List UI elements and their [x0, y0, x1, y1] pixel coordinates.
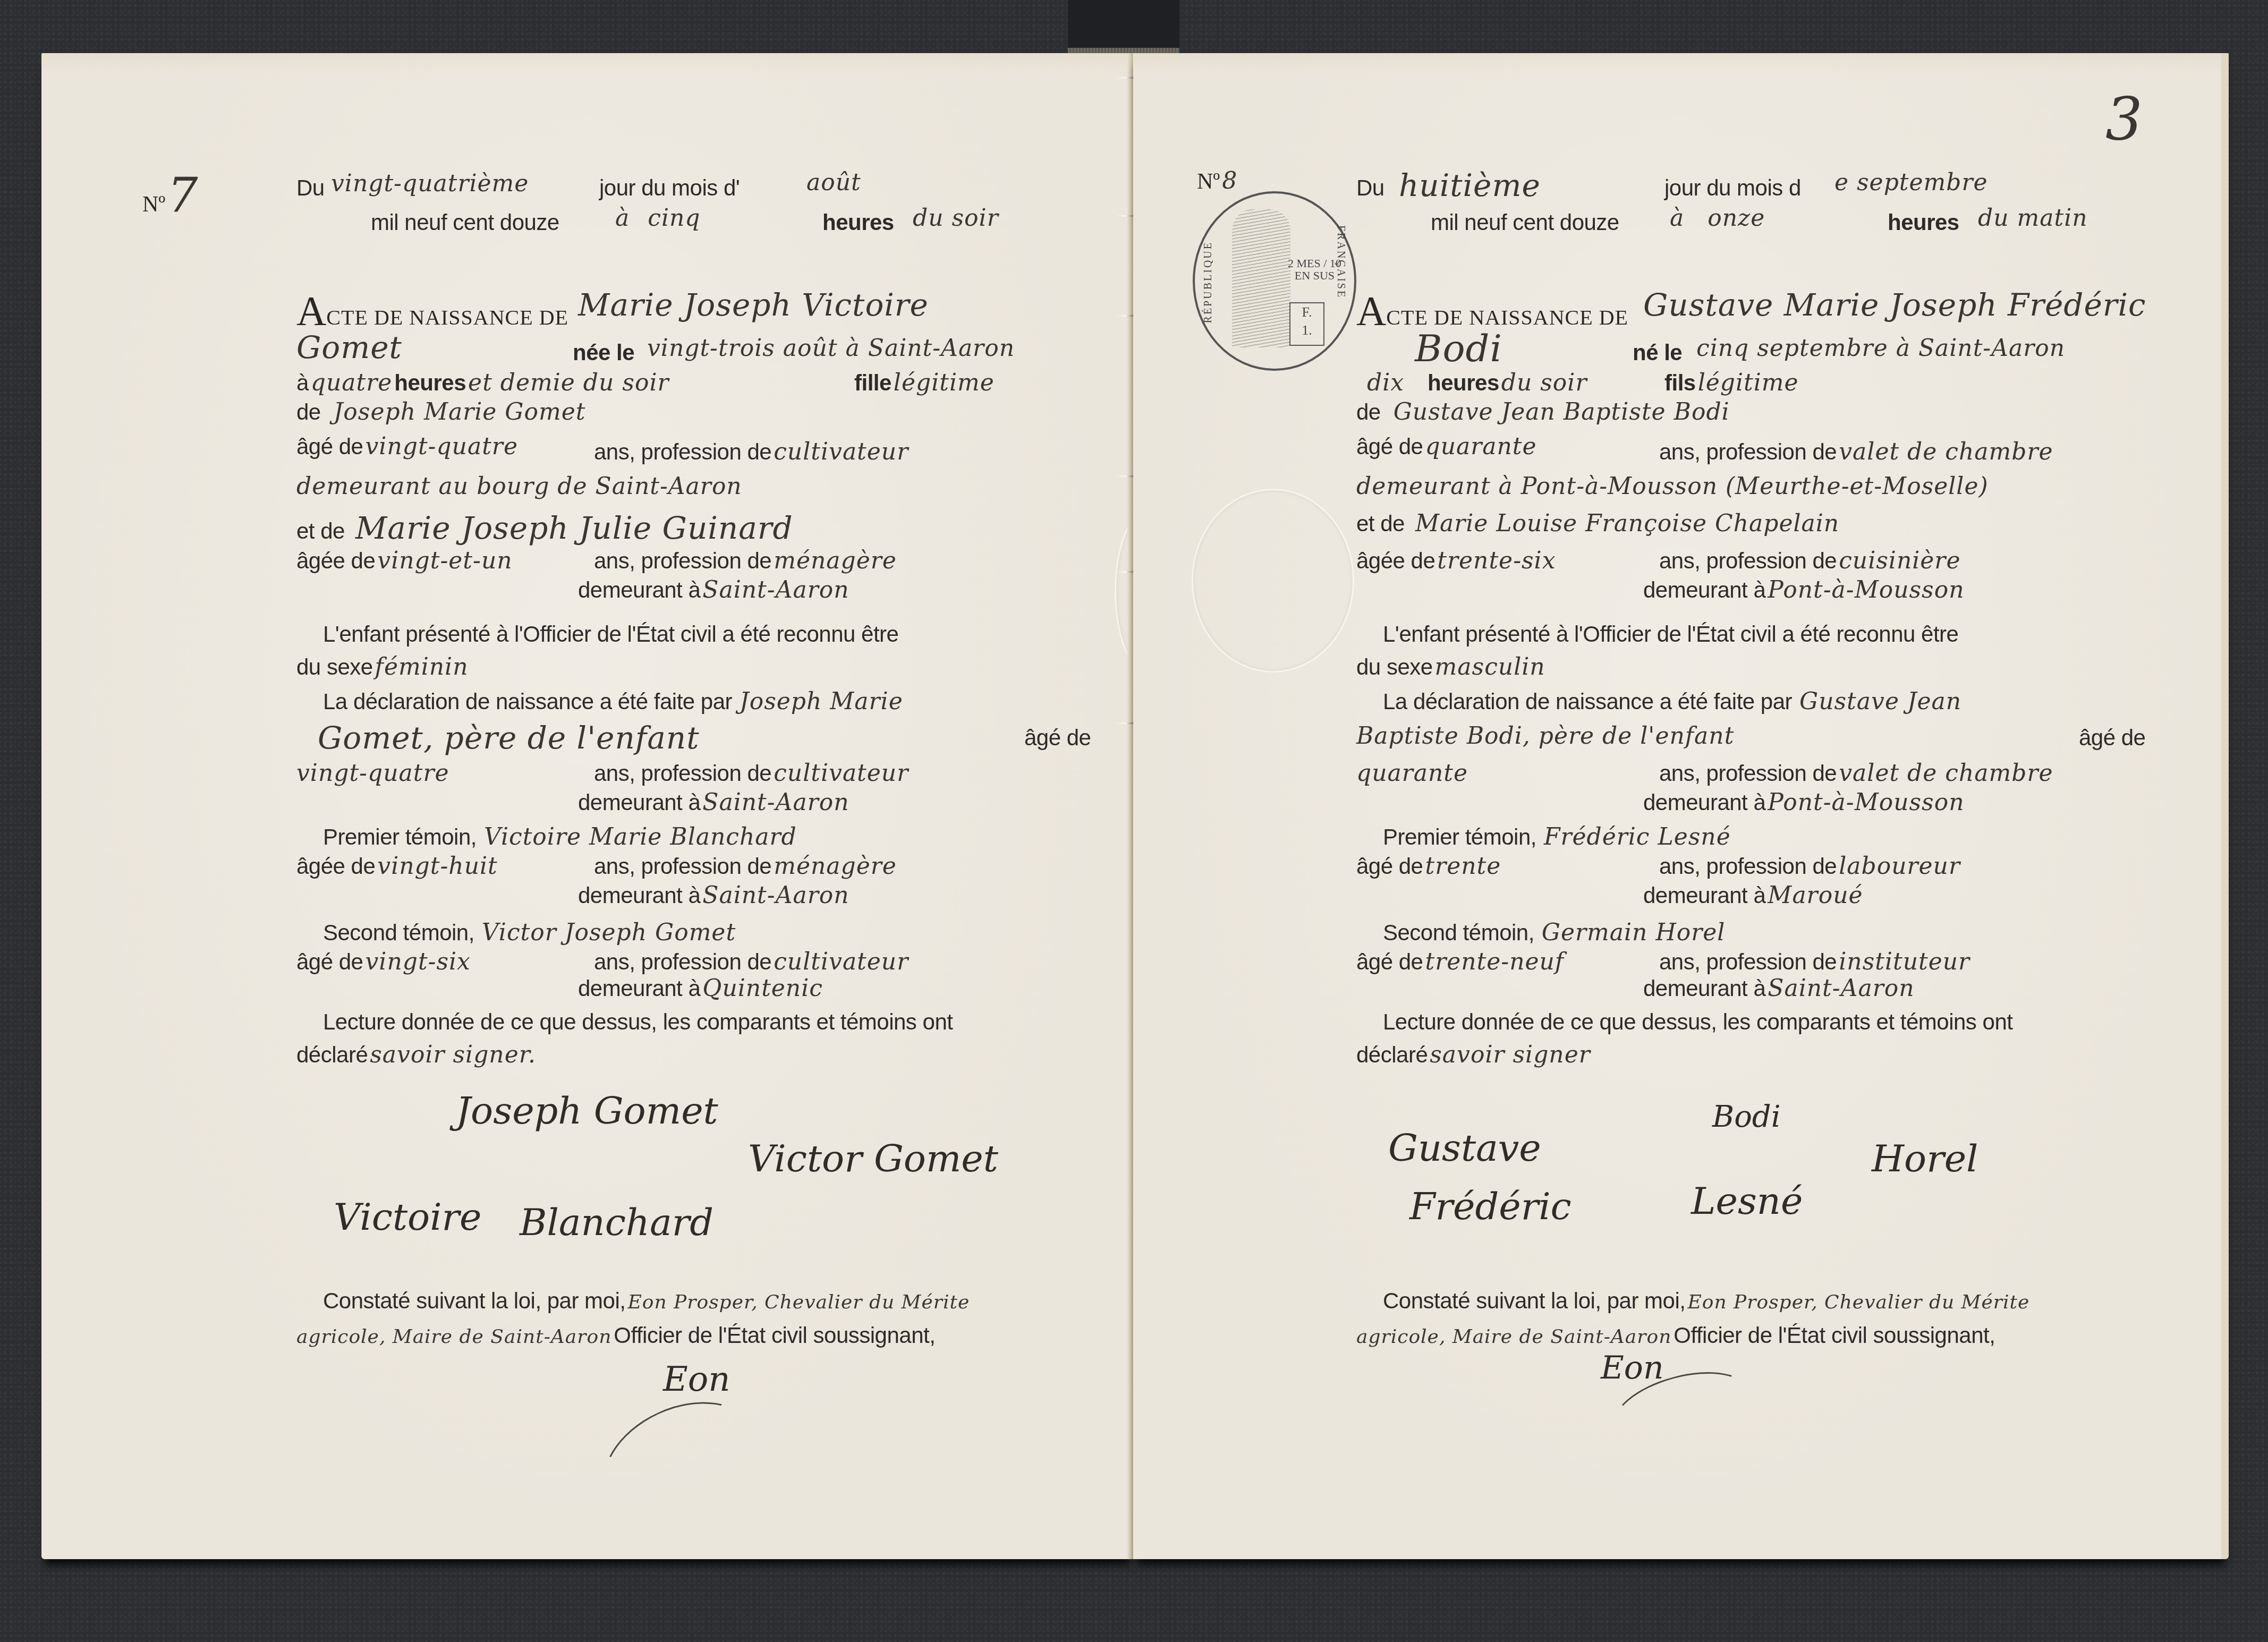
father-line: de Joseph Marie Gomet — [296, 398, 585, 426]
witness-1-line: Premier témoin, Victoire Marie Blanchard — [323, 823, 797, 850]
month-label: jour du mois d' — [599, 175, 740, 201]
date-line-1: Du — [296, 175, 325, 201]
mother-line: et de Marie Joseph Julie Guinard — [296, 510, 793, 546]
witness-1-profession: ans, profession de ménagère — [594, 853, 897, 880]
child-given-names: Marie Joseph Victoire — [578, 287, 929, 323]
declarant-age: vingt-quatre — [296, 760, 449, 787]
witness-2-residence: demeurant à Saint-Aaron — [1643, 975, 1915, 1002]
father-profession: ans, profession de valet de chambre — [1659, 438, 2053, 465]
declarant-age-label: âgé de — [1024, 725, 1091, 751]
witness-1-profession: ans, profession de laboureur — [1659, 853, 1960, 880]
born-label: né le — [1633, 340, 1682, 365]
mother-profession: ans, profession de cuisinière — [1659, 547, 1960, 574]
declarant-age-label: âgé de — [2079, 725, 2145, 751]
presented-text: L'enfant présenté à l'Officier de l'État… — [1383, 622, 1958, 647]
mother-line: et de Marie Louise Françoise Chapelain — [1356, 510, 1839, 537]
declarant-line-2: Baptiste Bodi, père de l'enfant — [1356, 722, 1734, 750]
father-residence: demeurant au bourg de Saint-Aaron — [296, 473, 742, 500]
justice-figure-icon — [1232, 209, 1290, 347]
signature-father-last: Bodi — [1712, 1100, 1781, 1134]
child-given-names: Gustave Marie Joseph Frédéric — [1643, 287, 2146, 323]
filiation: fils légitime — [1664, 369, 1799, 396]
left-page: Nº 7 Du vingt-quatrième jour du mois d' … — [41, 53, 1133, 1559]
signature-witness-2: Victor Gomet — [748, 1137, 998, 1180]
act-number-value: 8 — [1222, 167, 1237, 194]
father-age-line: âgé de quarante — [1356, 433, 1537, 460]
witness-2-line: Second témoin, Victor Joseph Gomet — [323, 919, 736, 946]
witness-2-residence: demeurant à Quintenic — [578, 975, 823, 1002]
signature-father: Joseph Gomet — [456, 1089, 718, 1133]
signature-witness-1-last: Blanchard — [520, 1201, 713, 1244]
officer-signature-flourish — [584, 1379, 777, 1546]
witness-2-line: Second témoin, Germain Horel — [1383, 919, 1725, 946]
child-surname: Gomet — [296, 329, 402, 365]
officer-signature: Eon — [1601, 1349, 1664, 1386]
witness-2-profession: ans, profession de cultivateur — [594, 948, 908, 975]
tax-rate: 2 MES / 10 EN SUS — [1288, 257, 1341, 282]
hours-label: heures — [822, 210, 894, 235]
witness-1-age: âgé de trente — [1356, 853, 1501, 880]
child-surname: Bodi — [1415, 327, 1502, 370]
mother-residence: demeurant à Pont-à-Mousson — [1643, 576, 1965, 603]
declared-line: déclaré savoir signer — [1356, 1041, 1591, 1068]
born-value: cinq septembre à Saint-Aaron — [1696, 335, 2065, 362]
officer-line: agricole, Maire de Saint-Aaron Officier … — [296, 1323, 935, 1348]
period-field: du matin — [1978, 205, 2088, 232]
mother-residence: demeurant à Saint-Aaron — [578, 576, 850, 603]
declarant-residence: demeurant à Pont-à-Mousson — [1643, 789, 1965, 816]
day-field: huitième — [1399, 167, 1541, 203]
certified-line: Constaté suivant la loi, par moi, Eon Pr… — [323, 1288, 970, 1314]
declared-line: déclaré savoir signer. — [296, 1041, 536, 1068]
officer-line: agricole, Maire de Saint-Aaron Officier … — [1356, 1323, 1995, 1348]
period-field: du soir — [913, 205, 999, 232]
hour-field: à onze — [1670, 205, 1765, 232]
witness-1-residence: demeurant à Saint-Aaron — [578, 882, 850, 909]
act-number-value: 7 — [167, 167, 198, 223]
reading-text: Lecture donnée de ce que dessus, les com… — [323, 1009, 953, 1035]
witness-1-age: âgée de vingt-huit — [296, 853, 498, 880]
sex-line: du sexe féminin — [296, 653, 468, 680]
witness-1-line: Premier témoin, Frédéric Lesné — [1383, 823, 1731, 850]
father-profession: ans, profession de cultivateur — [594, 438, 908, 465]
act-title: ACTE DE NAISSANCE de — [296, 287, 568, 335]
month-field: e septembre — [1834, 169, 1988, 196]
mother-profession: ans, profession de ménagère — [594, 547, 897, 574]
birth-time-line: à quatre heures et demie du soir — [296, 369, 669, 396]
signature-witness-2: Horel — [1872, 1137, 1978, 1180]
day-field: vingt-quatrième — [331, 170, 529, 197]
tax-stamp: RÉPUBLIQUE FRANÇAISE 2 MES / 10 EN SUS F… — [1193, 191, 1356, 371]
signature-witness-1-last: Lesné — [1691, 1179, 1803, 1223]
born-label: née le — [573, 340, 634, 365]
declarant-line-2: Gomet, père de l'enfant — [318, 720, 699, 756]
declarant-residence: demeurant à Saint-Aaron — [578, 789, 850, 816]
year-label: mil neuf cent douze — [1431, 210, 1619, 235]
signature-witness-1-first: Victoire — [334, 1195, 481, 1239]
born-value: vingt-trois août à Saint-Aaron — [647, 335, 1015, 362]
sex-line: du sexe masculin — [1356, 653, 1545, 680]
date-line-1: Du — [1356, 175, 1384, 201]
mother-age-line: âgée de vingt-et-un — [296, 547, 513, 574]
hours-label: heures — [1888, 210, 1959, 235]
mother-age-line: âgée de trente-six — [1356, 547, 1556, 574]
declaration-line: La déclaration de naissance a été faite … — [1383, 688, 1961, 715]
declaration-line: La déclaration de naissance a été faite … — [323, 688, 903, 715]
declarant-profession: ans, profession de cultivateur — [594, 760, 908, 787]
year-label: mil neuf cent douze — [371, 210, 559, 235]
book-spine-top — [1068, 0, 1179, 48]
filiation: fille légitime — [854, 369, 995, 396]
month-label: jour du mois d — [1664, 175, 1801, 201]
folio-number: 3 — [2105, 85, 2143, 153]
act-number: Nº 7 — [142, 167, 199, 223]
month-field: août — [806, 169, 861, 196]
act-number: Nº 8 — [1197, 167, 1237, 194]
witness-2-age: âgé de vingt-six — [296, 948, 471, 975]
reading-text: Lecture donnée de ce que dessus, les com… — [1383, 1009, 2012, 1035]
witness-2-age: âgé de trente-neuf — [1356, 948, 1564, 975]
certified-line: Constaté suivant la loi, par moi, Eon Pr… — [1383, 1288, 2029, 1314]
declarant-age: quarante — [1356, 760, 1468, 787]
signature-father-first: Gustave — [1388, 1126, 1541, 1170]
stamp-denomination: F. 1. — [1289, 302, 1324, 346]
officer-signature: Eon — [663, 1360, 730, 1399]
presented-text: L'enfant présenté à l'Officier de l'État… — [323, 622, 898, 647]
father-age-line: âgé de vingt-quatre — [296, 433, 518, 460]
witness-1-residence: demeurant à Maroué — [1643, 882, 1863, 909]
witness-2-profession: ans, profession de instituteur — [1659, 948, 1970, 975]
declarant-profession: ans, profession de valet de chambre — [1659, 760, 2053, 787]
hour-field: à cinq — [615, 205, 700, 232]
signature-witness-1-first: Frédéric — [1409, 1185, 1572, 1228]
father-line: de Gustave Jean Baptiste Bodi — [1356, 398, 1730, 426]
birth-time-line: dix heures du soir — [1367, 369, 1587, 396]
embossed-seal — [1192, 489, 1354, 673]
father-residence: demeurant à Pont-à-Mousson (Meurthe-et-M… — [1356, 473, 1989, 500]
